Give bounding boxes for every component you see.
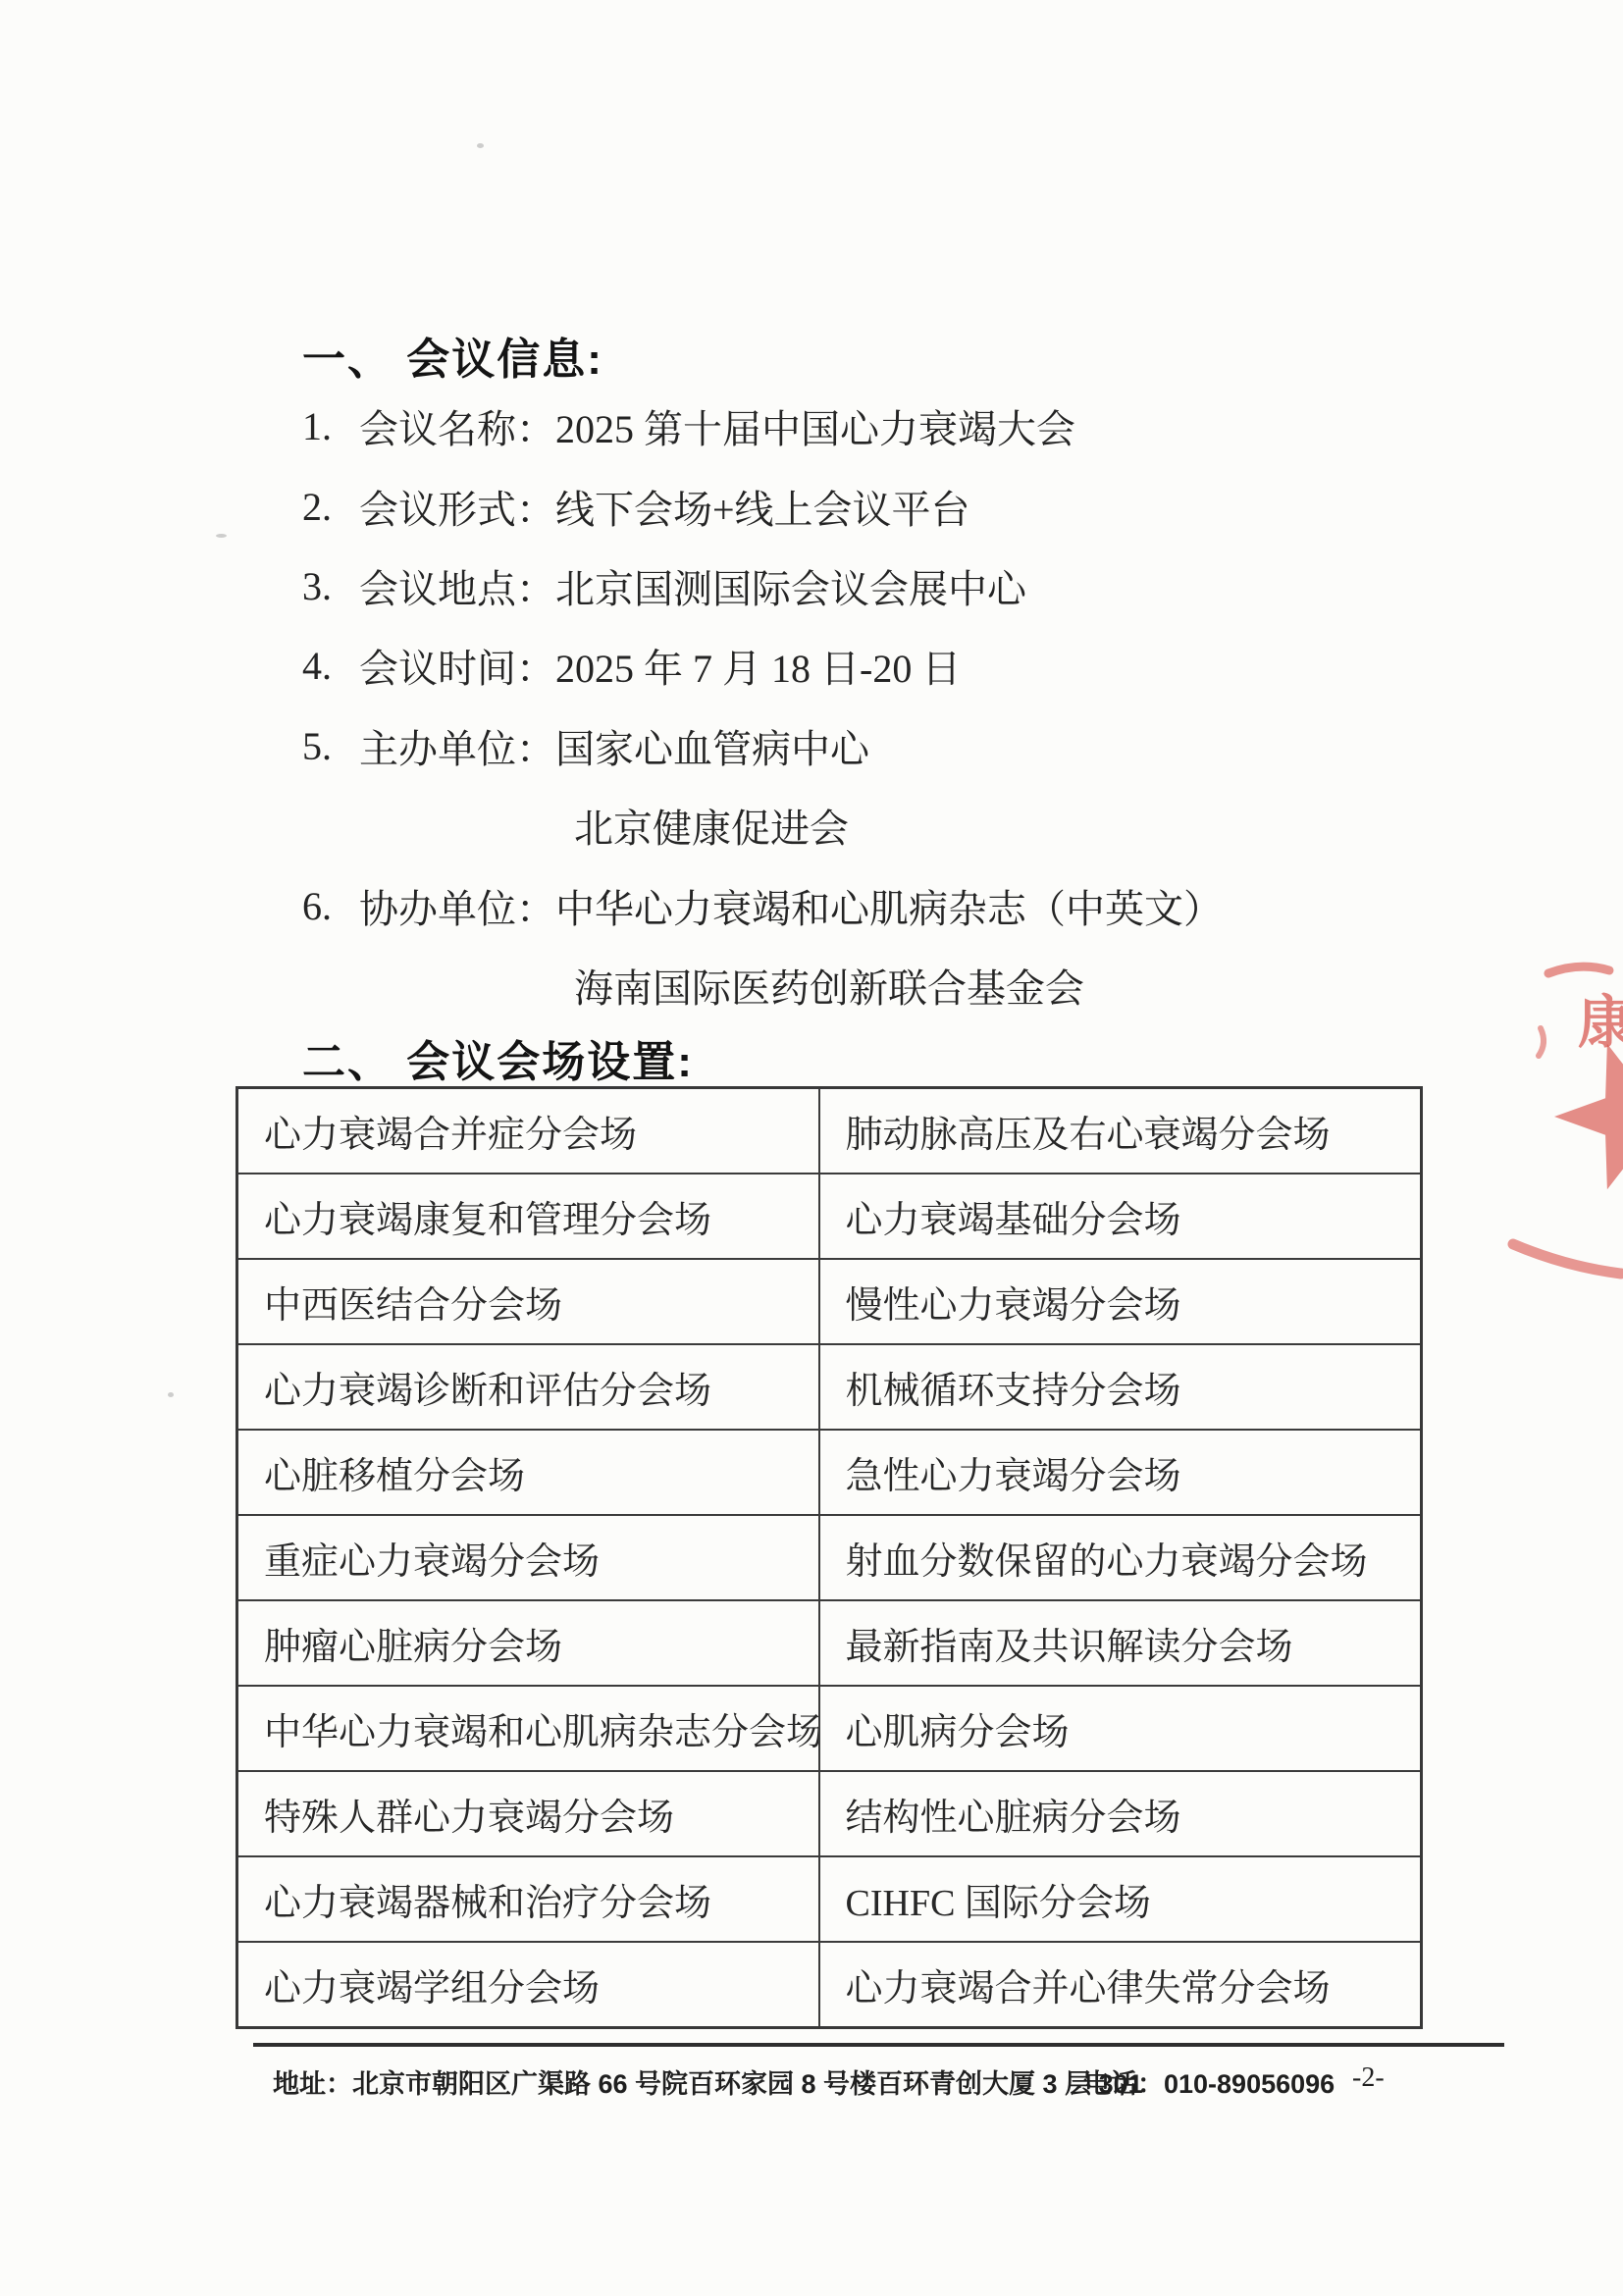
table-row: 心力衰竭学组分会场心力衰竭合并心律失常分会场 (237, 1942, 1422, 2028)
table-cell: 肺动脉高压及右心衰竭分会场 (819, 1088, 1422, 1174)
list-item-text: 协办单位：中华心力衰竭和心肌病杂志（中英文） (359, 878, 1223, 934)
list-item-text: 主办单位：国家心血管病中心 (359, 718, 869, 774)
seal-char: 康 (1578, 991, 1623, 1055)
table-row: 心力衰竭合并症分会场肺动脉高压及右心衰竭分会场 (237, 1088, 1422, 1174)
table-cell: 心力衰竭学组分会场 (237, 1942, 819, 2028)
table-row: 重症心力衰竭分会场射血分数保留的心力衰竭分会场 (237, 1515, 1422, 1600)
footer-divider (253, 2043, 1504, 2047)
table-row: 中西医结合分会场慢性心力衰竭分会场 (237, 1259, 1422, 1344)
table-row: 特殊人群心力衰竭分会场结构性心脏病分会场 (237, 1771, 1422, 1856)
scan-speck (168, 1392, 174, 1397)
official-seal-stamp: 康 (1505, 913, 1623, 1325)
list-item-text: 北京健康促进会 (574, 798, 849, 854)
info-list-item: 5.主办单位：国家心血管病中心 (302, 706, 1480, 786)
table-cell: 中西医结合分会场 (237, 1259, 819, 1344)
table-row: 心力衰竭康复和管理分会场心力衰竭基础分会场 (237, 1174, 1422, 1259)
venue-table-body: 心力衰竭合并症分会场肺动脉高压及右心衰竭分会场心力衰竭康复和管理分会场心力衰竭基… (237, 1088, 1422, 2028)
footer-address: 地址：北京市朝阳区广渠路 66 号院百环家园 8 号楼百环青创大厦 3 层 30… (273, 2062, 1143, 2101)
section1-heading: 一、 会议信息: (302, 324, 603, 387)
list-item-number: 1. (302, 403, 359, 449)
table-row: 心力衰竭器械和治疗分会场CIHFC 国际分会场 (237, 1856, 1422, 1942)
seal-star-icon (1554, 1044, 1623, 1189)
table-row: 肿瘤心脏病分会场最新指南及共识解读分会场 (237, 1600, 1422, 1686)
info-list-item: 3.会议地点：北京国测国际会议会展中心 (302, 547, 1480, 626)
scan-speck (216, 534, 227, 538)
table-cell: 中华心力衰竭和心肌病杂志分会场 (237, 1686, 819, 1771)
info-list-item: 北京健康促进会 (302, 786, 1480, 865)
table-cell: 结构性心脏病分会场 (819, 1771, 1422, 1856)
table-cell: 重症心力衰竭分会场 (237, 1515, 819, 1600)
scan-speck (477, 143, 484, 148)
info-list-item: 海南国际医药创新联合基金会 (302, 946, 1480, 1025)
seal-tick (1539, 1028, 1544, 1056)
list-item-number: 3. (302, 563, 359, 609)
table-cell: 急性心力衰竭分会场 (819, 1430, 1422, 1515)
info-list-item: 2.会议形式：线下会场+线上会议平台 (302, 466, 1480, 546)
table-cell: 心力衰竭合并心律失常分会场 (819, 1942, 1422, 2028)
info-list: 1.会议名称：2025 第十届中国心力衰竭大会2.会议形式：线下会场+线上会议平… (302, 387, 1480, 1025)
list-item-text: 会议地点：北京国测国际会议会展中心 (359, 558, 1026, 614)
seal-arc-bottom (1513, 1244, 1621, 1274)
table-cell: CIHFC 国际分会场 (819, 1856, 1422, 1942)
table-cell: 慢性心力衰竭分会场 (819, 1259, 1422, 1344)
table-row: 心脏移植分会场急性心力衰竭分会场 (237, 1430, 1422, 1515)
info-list-item: 6.协办单位：中华心力衰竭和心肌病杂志（中英文） (302, 865, 1480, 945)
table-cell: 心力衰竭合并症分会场 (237, 1088, 819, 1174)
list-item-number: 2. (302, 484, 359, 530)
table-cell: 机械循环支持分会场 (819, 1344, 1422, 1430)
list-item-text: 会议名称：2025 第十届中国心力衰竭大会 (359, 398, 1075, 454)
footer-phone: 电话：010-89056096 (1084, 2062, 1335, 2101)
table-cell: 心力衰竭康复和管理分会场 (237, 1174, 819, 1259)
seal-arc-top (1548, 966, 1609, 973)
document-page: 一、 会议信息: 1.会议名称：2025 第十届中国心力衰竭大会2.会议形式：线… (0, 0, 1623, 2296)
info-list-item: 1.会议名称：2025 第十届中国心力衰竭大会 (302, 387, 1480, 466)
list-item-number: 5. (302, 723, 359, 769)
table-cell: 心力衰竭基础分会场 (819, 1174, 1422, 1259)
list-item-number: 4. (302, 643, 359, 689)
table-cell: 肿瘤心脏病分会场 (237, 1600, 819, 1686)
list-item-text: 海南国际医药创新联合基金会 (574, 958, 1084, 1014)
list-item-text: 会议时间：2025 年 7 月 18 日-20 日 (359, 638, 961, 694)
list-item-number: 6. (302, 883, 359, 929)
table-cell: 心力衰竭器械和治疗分会场 (237, 1856, 819, 1942)
page-number: -2- (1352, 2062, 1385, 2094)
venue-table: 心力衰竭合并症分会场肺动脉高压及右心衰竭分会场心力衰竭康复和管理分会场心力衰竭基… (236, 1086, 1423, 2029)
table-cell: 射血分数保留的心力衰竭分会场 (819, 1515, 1422, 1600)
table-cell: 心肌病分会场 (819, 1686, 1422, 1771)
table-cell: 心力衰竭诊断和评估分会场 (237, 1344, 819, 1430)
info-list-item: 4.会议时间：2025 年 7 月 18 日-20 日 (302, 626, 1480, 705)
list-item-text: 会议形式：线下会场+线上会议平台 (359, 479, 970, 535)
table-cell: 特殊人群心力衰竭分会场 (237, 1771, 819, 1856)
table-row: 中华心力衰竭和心肌病杂志分会场心肌病分会场 (237, 1686, 1422, 1771)
table-cell: 最新指南及共识解读分会场 (819, 1600, 1422, 1686)
section2-heading: 二、 会议会场设置: (302, 1026, 694, 1089)
table-cell: 心脏移植分会场 (237, 1430, 819, 1515)
table-row: 心力衰竭诊断和评估分会场机械循环支持分会场 (237, 1344, 1422, 1430)
